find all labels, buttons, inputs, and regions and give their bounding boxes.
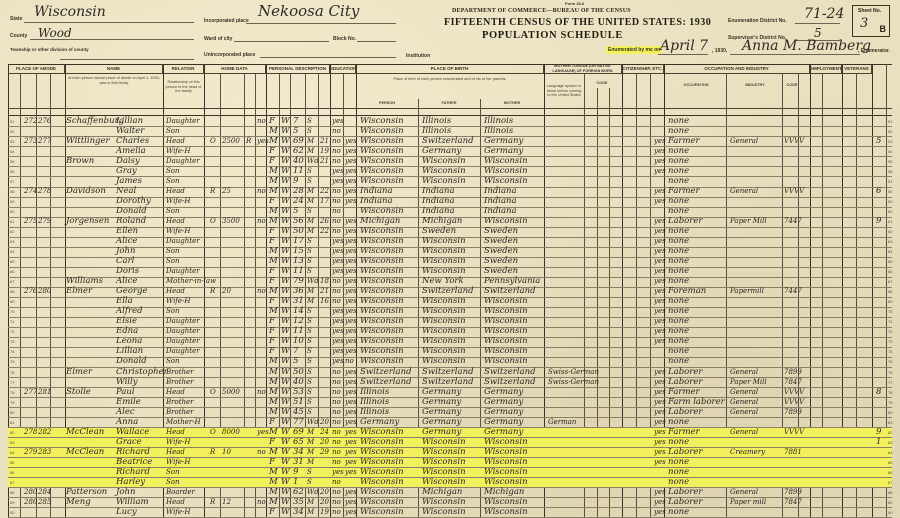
line-number-right: 54	[888, 147, 892, 157]
industry-head: INDUSTRY	[728, 83, 782, 88]
surname: Elmer	[66, 286, 92, 297]
family-number: 281	[38, 387, 51, 398]
line-number-right: 60	[888, 207, 892, 217]
schedule-title: POPULATION SCHEDULE	[482, 30, 623, 41]
family-number: 279	[38, 216, 51, 227]
birth-mother-head: MOTHER	[480, 101, 544, 106]
industry: General	[730, 186, 758, 197]
line-number-right: 69	[888, 297, 892, 307]
employed-flag: yes	[654, 166, 666, 177]
line-number: 52	[10, 127, 14, 137]
sex: F	[269, 507, 275, 518]
line-number: 83	[10, 438, 14, 448]
line-number-right: 64	[888, 247, 892, 257]
line-number: 69	[10, 297, 14, 307]
group-place-of-birth: PLACE OF BIRTH	[356, 64, 544, 74]
line-number: 75	[10, 357, 14, 367]
department-line: DEPARTMENT OF COMMERCE—BUREAU OF THE CEN…	[452, 8, 631, 14]
enum-district-label: Enumeration District No.	[728, 18, 787, 24]
line-number: 56	[10, 167, 14, 177]
employed-flag: yes	[654, 336, 666, 347]
line-number-right: 52	[888, 127, 892, 137]
birthplace-mother: Wisconsin	[484, 507, 528, 518]
occupation: none	[668, 507, 689, 518]
table-row: 90 Lucy Wife-H F W 34 M 19 no yes Wiscon…	[8, 508, 892, 518]
farm: no	[257, 387, 266, 398]
age-at-marriage: 16	[320, 296, 329, 307]
form-number: Form 15-6	[565, 1, 584, 6]
line-number-right: 84	[888, 448, 892, 458]
line-number: 79	[10, 398, 14, 408]
can-read-write: yes	[345, 467, 357, 478]
incorporated-place-label: Incorporated place	[204, 18, 249, 24]
farm-schedule-number: 6	[876, 186, 881, 197]
home-tenure: R	[210, 447, 215, 458]
line-number: 76	[10, 368, 14, 378]
birthplace-father: Wisconsin	[422, 507, 466, 518]
line-number: 64	[10, 247, 14, 257]
home-value: 2500	[222, 136, 240, 147]
occupation-code: 7881	[784, 447, 802, 458]
state-value: Wisconsin	[34, 4, 106, 20]
line-number-right: 74	[888, 347, 892, 357]
home-tenure: O	[210, 427, 216, 438]
line-number-right: 72	[888, 327, 892, 337]
can-read-write: yes	[345, 196, 357, 207]
census-title: FIFTEENTH CENSUS OF THE UNITED STATES: 1…	[444, 17, 711, 28]
line-number: 74	[10, 347, 14, 357]
group-mother-tongue: MOTHER TONGUE (OR NATIVE LANGUAGE) OF FO…	[544, 64, 622, 74]
relation-description: Relationship of this person to the head …	[165, 80, 202, 94]
group-name: NAME	[65, 64, 163, 74]
sheet-side: B	[880, 24, 887, 34]
farm-schedule-number: 9	[876, 216, 881, 227]
farm-schedule-number: 8	[876, 387, 881, 398]
farm: no	[257, 447, 266, 458]
home-value: 12	[222, 497, 231, 508]
group-home-data: HOME DATA	[204, 64, 266, 74]
farm: no	[257, 216, 266, 227]
line-number: 71	[10, 317, 14, 327]
birthplace-person: Wisconsin	[360, 507, 404, 518]
line-number-right: 86	[888, 468, 892, 478]
line-number: 53	[10, 137, 14, 147]
line-number-right: 83	[888, 438, 892, 448]
line-number-right: 57	[888, 177, 892, 187]
enumerator-label: , Enumerator.	[858, 48, 890, 54]
line-number-right: 63	[888, 237, 892, 247]
occupation-code: VVVV	[784, 136, 804, 147]
line-number: 67	[10, 277, 14, 287]
group-place-of-abode: PLACE OF ABODE	[8, 64, 65, 74]
enum-district-value: 71-24	[804, 6, 844, 22]
employed-flag: yes	[654, 196, 666, 207]
home-tenure: R	[210, 186, 215, 197]
line-number: 90	[10, 508, 14, 518]
group-occupation-industry: OCCUPATION AND INDUSTRY	[664, 64, 810, 74]
can-read-write: yes	[345, 507, 357, 518]
line-number: 57	[10, 177, 14, 187]
line-number-right: 56	[888, 167, 892, 177]
line-number: 55	[10, 157, 14, 167]
enumerated-year: , 1930,	[712, 48, 727, 54]
home-value: 5000	[222, 387, 240, 398]
tongue-code-head: CODE	[584, 81, 620, 86]
surname: McClean	[66, 447, 104, 458]
school-attendance: no	[332, 507, 341, 518]
line-number-right: 89	[888, 498, 892, 508]
occupation-code: VVVV	[784, 427, 804, 438]
farm: no	[257, 286, 266, 297]
home-tenure: R	[210, 497, 215, 508]
farm-schedule-number: 1	[876, 437, 881, 448]
radio: R	[246, 136, 251, 147]
line-number: 82	[10, 428, 14, 438]
sheet-label: Sheet No.	[858, 8, 881, 14]
unincorporated-label: Unincorporated place	[204, 52, 255, 58]
family-number: 282	[38, 427, 51, 438]
group-employment: EMPLOYMENT	[810, 64, 842, 74]
marital-status: M	[307, 507, 314, 518]
line-number-right: 55	[888, 157, 892, 167]
farm: no	[257, 497, 266, 508]
line-number: 70	[10, 307, 14, 317]
ward-label: Ward of city	[204, 36, 232, 42]
line-number: 59	[10, 197, 14, 207]
mother-tongue: Swiss-German	[548, 377, 599, 388]
state-label: State	[10, 16, 22, 22]
line-number: 85	[10, 458, 14, 468]
dwelling-number: 275	[24, 216, 37, 227]
age-at-marriage: 19	[320, 507, 329, 518]
home-value: 20	[222, 286, 231, 297]
institution-label: Institution	[406, 53, 430, 59]
language-description: Language spoken in home before coming to…	[546, 84, 582, 98]
home-tenure: O	[210, 216, 216, 227]
line-number-right: 70	[888, 307, 892, 317]
occupation-head: OCCUPATION	[666, 83, 726, 88]
enumerator-name: Anna M. Bamberg	[742, 38, 871, 54]
line-number-right: 78	[888, 388, 892, 398]
home-value: 25	[222, 186, 231, 197]
name-description: of each person whose place of abode on A…	[68, 76, 160, 85]
line-number: 60	[10, 207, 14, 217]
surname: Elmer	[66, 367, 92, 378]
surname: Davidson	[66, 186, 106, 197]
census-page: State Wisconsin County Wood Township or …	[0, 0, 900, 518]
farm-schedule-number: 5	[876, 136, 881, 147]
line-number-right: 62	[888, 227, 892, 237]
home-tenure: O	[210, 387, 216, 398]
dwelling-number: 272	[24, 116, 37, 127]
farm: no	[257, 116, 266, 127]
line-number: 80	[10, 408, 14, 418]
home-tenure: R	[210, 286, 215, 297]
line-number-right: 67	[888, 277, 892, 287]
relation: Wife-H	[166, 507, 191, 518]
group-citizenship: CITIZENSHIP, ETC.	[622, 64, 664, 74]
line-number-right: 82	[888, 428, 892, 438]
group-personal-description: PERSONAL DESCRIPTION	[266, 64, 330, 74]
industry: General	[730, 407, 758, 418]
line-number: 61	[10, 217, 14, 227]
line-number-right: 53	[888, 137, 892, 147]
line-number-right: 51	[888, 117, 892, 127]
block-label: Block No.	[333, 36, 356, 42]
occupation-code-head: CODE	[782, 83, 802, 88]
line-number-right: 71	[888, 317, 892, 327]
employed-flag: yes	[654, 507, 666, 518]
surname: Jorgensen	[66, 216, 109, 227]
farm: no	[257, 186, 266, 197]
line-number-right: 88	[888, 488, 892, 498]
family-number: 277	[38, 136, 51, 147]
surname: Wittlinger	[66, 136, 110, 147]
incorporated-place-value: Nekoosa City	[258, 2, 359, 20]
family-number: 280	[38, 286, 51, 297]
line-number: 73	[10, 337, 14, 347]
line-number-right: 66	[888, 267, 892, 277]
line-number: 78	[10, 388, 14, 398]
birth-person-head: PERSON	[356, 101, 418, 106]
occupation-code: 7899	[784, 407, 802, 418]
line-number: 72	[10, 327, 14, 337]
industry: Creamery	[730, 447, 765, 458]
surname: McClean	[66, 427, 104, 438]
occupation-code: 7447	[784, 286, 802, 297]
age-at-marriage: 21	[320, 156, 329, 167]
occupation-code: 7447	[784, 216, 802, 227]
birth-description: Place of birth of each person enumerated…	[360, 77, 540, 82]
line-number: 63	[10, 237, 14, 247]
line-number-right: 80	[888, 408, 892, 418]
dwelling-number: 277	[24, 387, 37, 398]
line-number-right: 75	[888, 357, 892, 367]
line-number: 58	[10, 187, 14, 197]
line-number: 89	[10, 498, 14, 508]
line-number: 51	[10, 117, 14, 127]
line-number: 84	[10, 448, 14, 458]
surname: Meng	[66, 497, 91, 508]
line-number-right: 68	[888, 287, 892, 297]
occupation-code: VVVV	[784, 186, 804, 197]
surname: Brown	[66, 156, 94, 167]
line-number: 88	[10, 488, 14, 498]
dwelling-number: 273	[24, 136, 37, 147]
line-number: 86	[10, 468, 14, 478]
line-number-right: 85	[888, 458, 892, 468]
dwelling-number: 280	[24, 497, 37, 508]
township-label: Township or other division of county	[10, 47, 89, 52]
line-number: 77	[10, 378, 14, 388]
line-number-right: 61	[888, 217, 892, 227]
county-value: Wood	[38, 26, 72, 40]
home-value: 10	[222, 447, 231, 458]
home-value: 8000	[222, 427, 240, 438]
home-value: 3500	[222, 216, 240, 227]
occupation-code: 7847	[784, 497, 802, 508]
line-number: 65	[10, 257, 14, 267]
line-number-right: 77	[888, 378, 892, 388]
group-relation: RELATION	[163, 64, 204, 74]
line-number-right: 87	[888, 478, 892, 488]
sheet-number-box: Sheet No. 3 B	[852, 5, 890, 37]
family-number: 276	[38, 116, 51, 127]
line-number-right: 81	[888, 418, 892, 428]
line-number: 62	[10, 227, 14, 237]
birth-father-head: FATHER	[418, 101, 480, 106]
home-tenure: O	[210, 136, 216, 147]
race: W	[281, 507, 290, 518]
industry: Papermill	[730, 286, 764, 297]
line-number-right: 79	[888, 398, 892, 408]
line-number-right: 73	[888, 337, 892, 347]
line-number-right: 90	[888, 508, 892, 518]
farm: yes	[257, 427, 269, 438]
county-label: County	[10, 33, 27, 39]
family-number: 285	[38, 497, 51, 508]
dwelling-number: 276	[24, 286, 37, 297]
industry: Paper Mill	[730, 216, 767, 227]
line-number: 66	[10, 267, 14, 277]
age: 34	[293, 507, 304, 518]
line-number-right: 76	[888, 368, 892, 378]
enumerated-label: Enumerated by me on	[606, 46, 662, 54]
age-at-marriage: 29	[320, 447, 329, 458]
line-number-right: 59	[888, 197, 892, 207]
line-number-right: 65	[888, 257, 892, 267]
age-at-marriage: 17	[320, 196, 329, 207]
farm: yes	[257, 136, 269, 147]
industry: General	[730, 136, 758, 147]
industry: General	[730, 427, 758, 438]
line-number: 87	[10, 478, 14, 488]
surname: Stolle	[66, 387, 91, 398]
group-education: EDUCATION	[330, 64, 356, 74]
group-veterans: VETERANS	[842, 64, 872, 74]
mother-tongue: German	[548, 417, 576, 428]
enumerated-date: April 7	[660, 38, 708, 54]
dwelling-number: 278	[24, 427, 37, 438]
column-number-strip	[8, 108, 892, 116]
line-number: 81	[10, 418, 14, 428]
line-number-right: 58	[888, 187, 892, 197]
age-at-marriage: 22	[320, 226, 329, 237]
dwelling-number: 279	[24, 447, 37, 458]
employed-flag: yes	[654, 457, 666, 468]
dwelling-number: 274	[24, 186, 37, 197]
line-number: 54	[10, 147, 14, 157]
sheet-value: 3	[860, 16, 868, 31]
industry: Paper mill	[730, 497, 766, 508]
family-number: 283	[38, 447, 51, 458]
family-number: 278	[38, 186, 51, 197]
given-name: Lucy	[116, 507, 137, 518]
line-number: 68	[10, 287, 14, 297]
